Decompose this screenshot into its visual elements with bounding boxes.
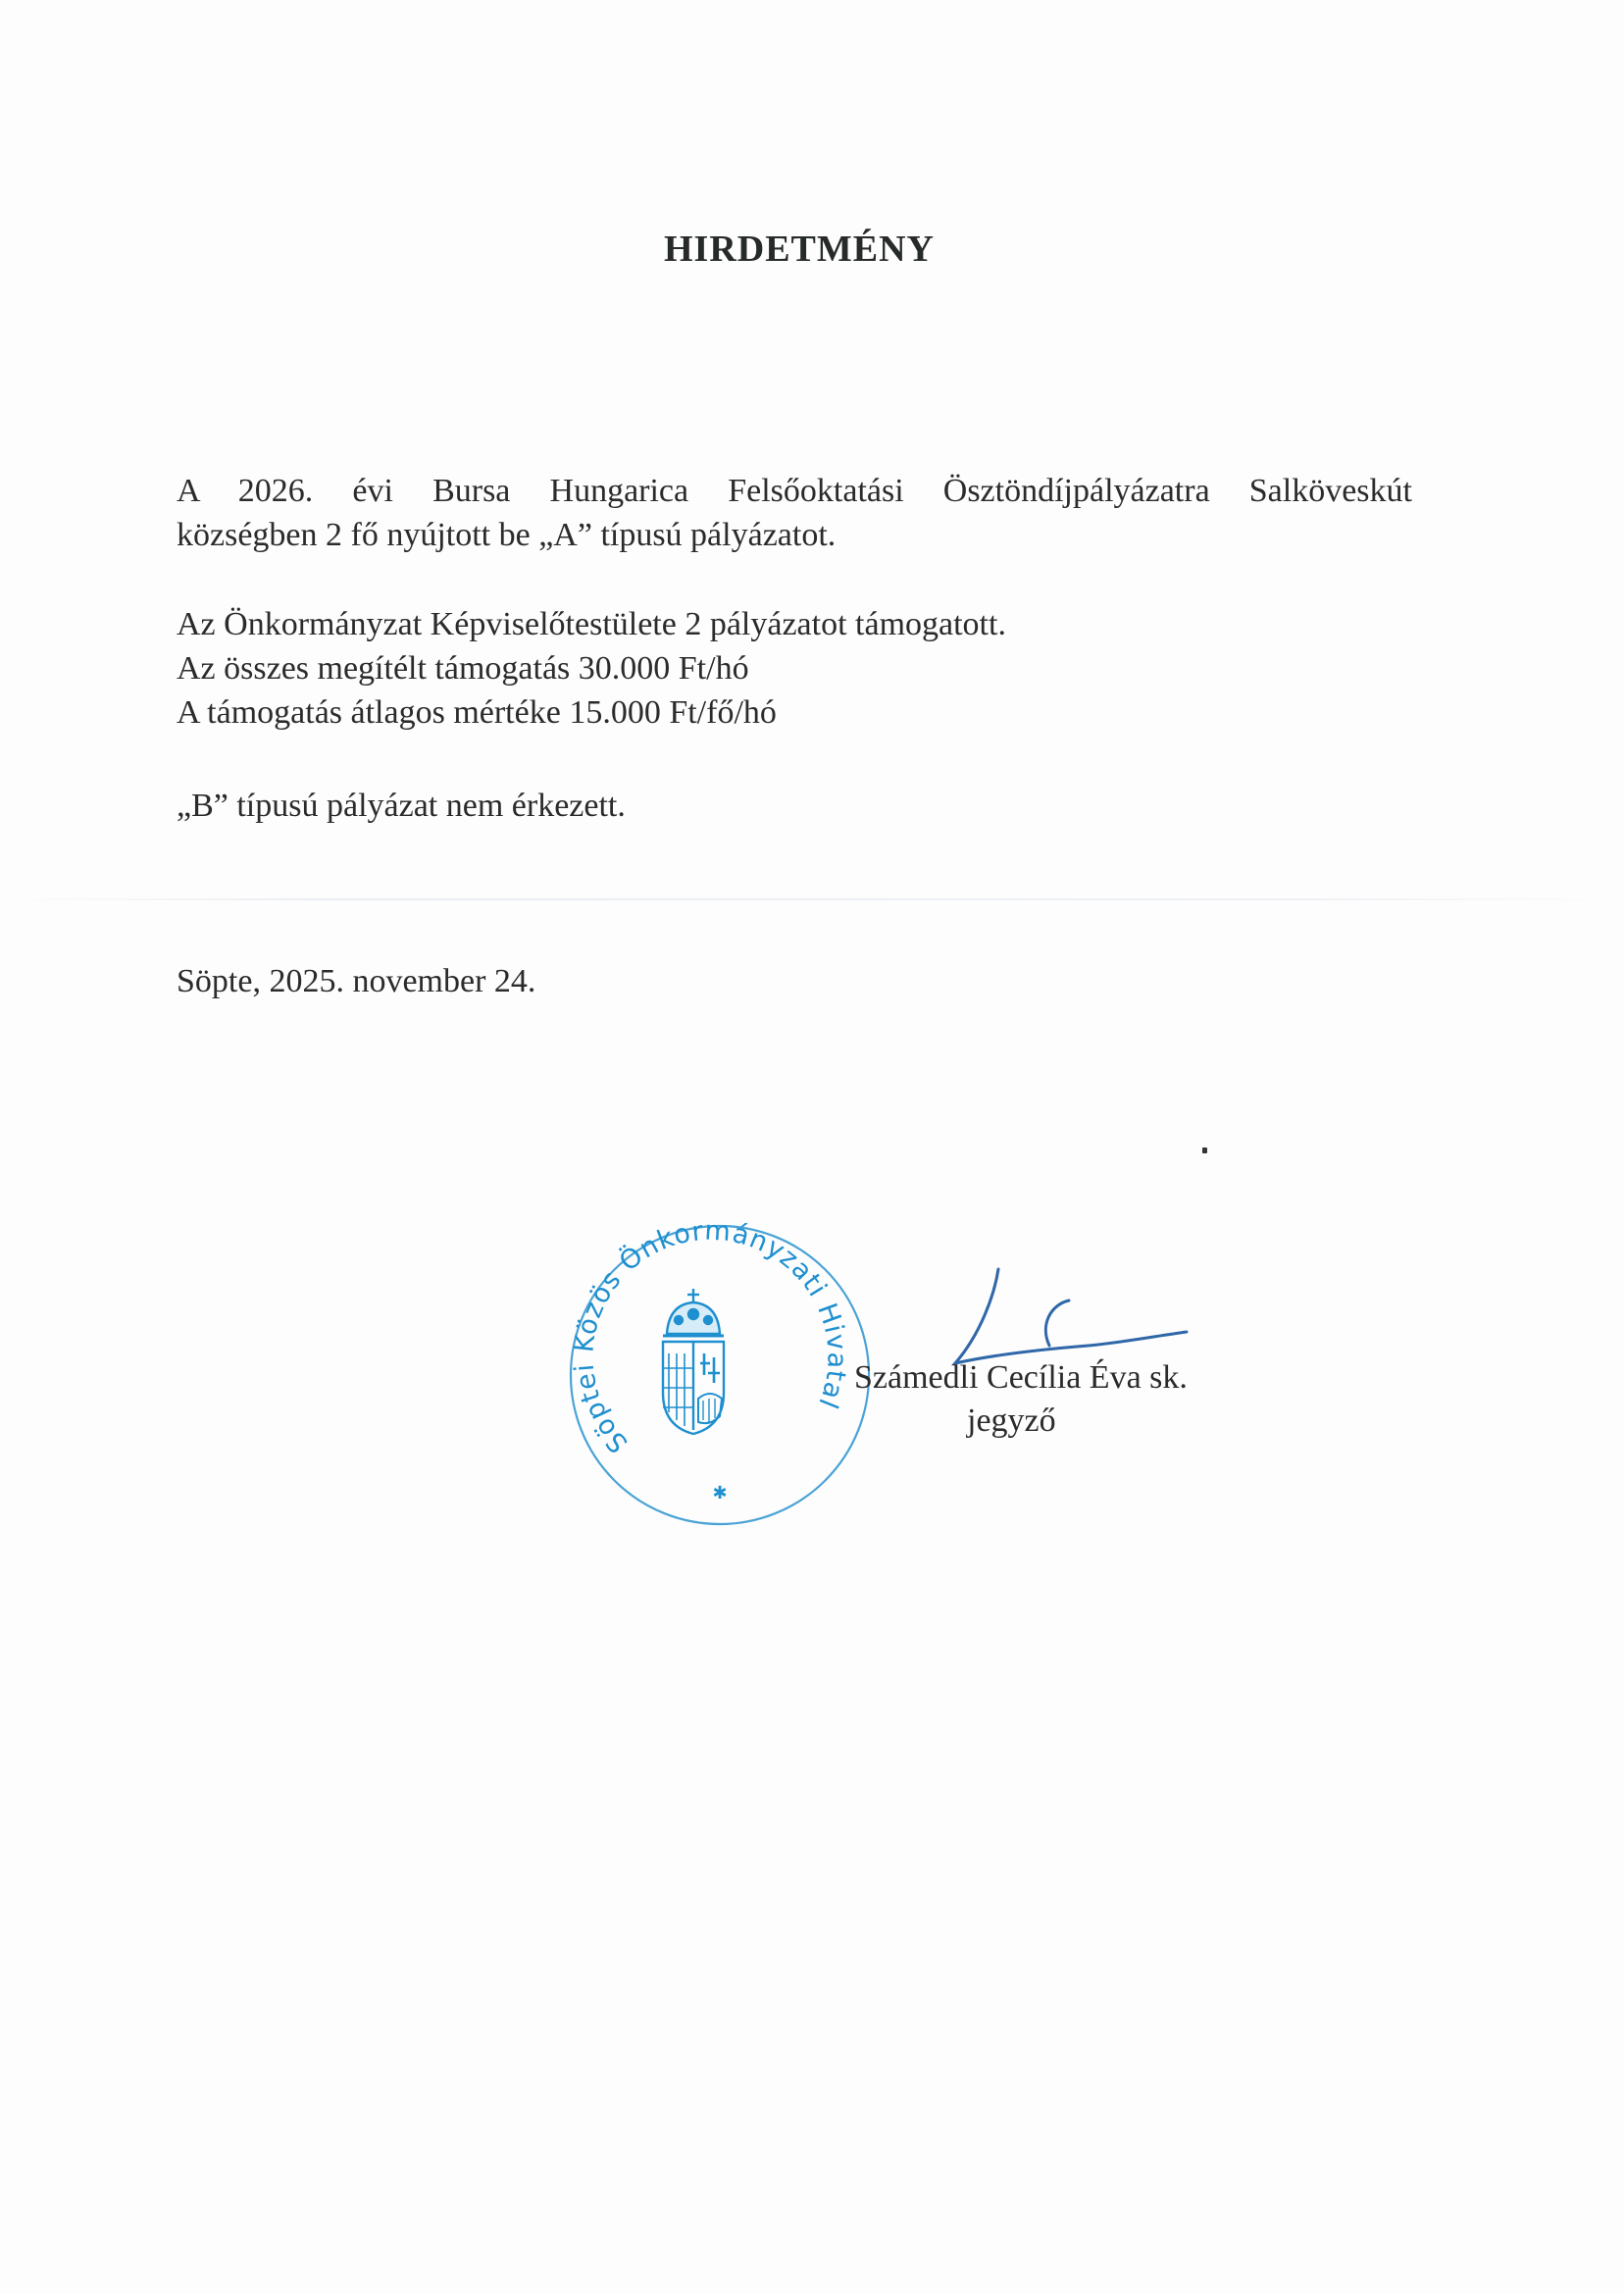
total-support-line: Az összes megítélt támogatás 30.000 Ft/h… (177, 646, 1412, 690)
place-date-text: Söpte, 2025. november 24. (177, 959, 1412, 1003)
hungarian-coat-of-arms-icon (663, 1289, 724, 1434)
announcement-paragraph: A 2026. évi Bursa Hungarica Felsőoktatás… (177, 469, 1412, 557)
svg-text:✱: ✱ (712, 1483, 727, 1504)
signer-name: Számedli Cecília Éva sk. (854, 1355, 1188, 1400)
official-stamp: Söptei Közös Önkormányzati Hivatal (561, 1216, 879, 1534)
supported-applications-line: Az Önkormányzat Képviselőtestülete 2 pál… (177, 602, 1412, 646)
type-b-note: „B” típusú pályázat nem érkezett. (177, 784, 1412, 828)
average-support-line: A támogatás átlagos mértéke 15.000 Ft/fő… (177, 690, 1412, 735)
star-icon: ✱ (712, 1483, 727, 1504)
announcement-line-1: A 2026. évi Bursa Hungarica Felsőoktatás… (177, 469, 1412, 513)
scan-speck (1202, 1147, 1207, 1153)
type-b-note-text: „B” típusú pályázat nem érkezett. (177, 784, 1412, 828)
place-date: Söpte, 2025. november 24. (177, 959, 1412, 1003)
document-page: HIRDETMÉNY A 2026. évi Bursa Hungarica F… (0, 0, 1624, 2294)
document-title: HIRDETMÉNY (0, 228, 1599, 271)
signer-role: jegyző (967, 1399, 1056, 1443)
announcement-line-2: községben 2 fő nyújtott be „A” típusú pá… (177, 513, 1412, 557)
support-summary-paragraph: Az Önkormányzat Képviselőtestülete 2 pál… (177, 602, 1412, 735)
scan-fold-line (0, 898, 1624, 900)
